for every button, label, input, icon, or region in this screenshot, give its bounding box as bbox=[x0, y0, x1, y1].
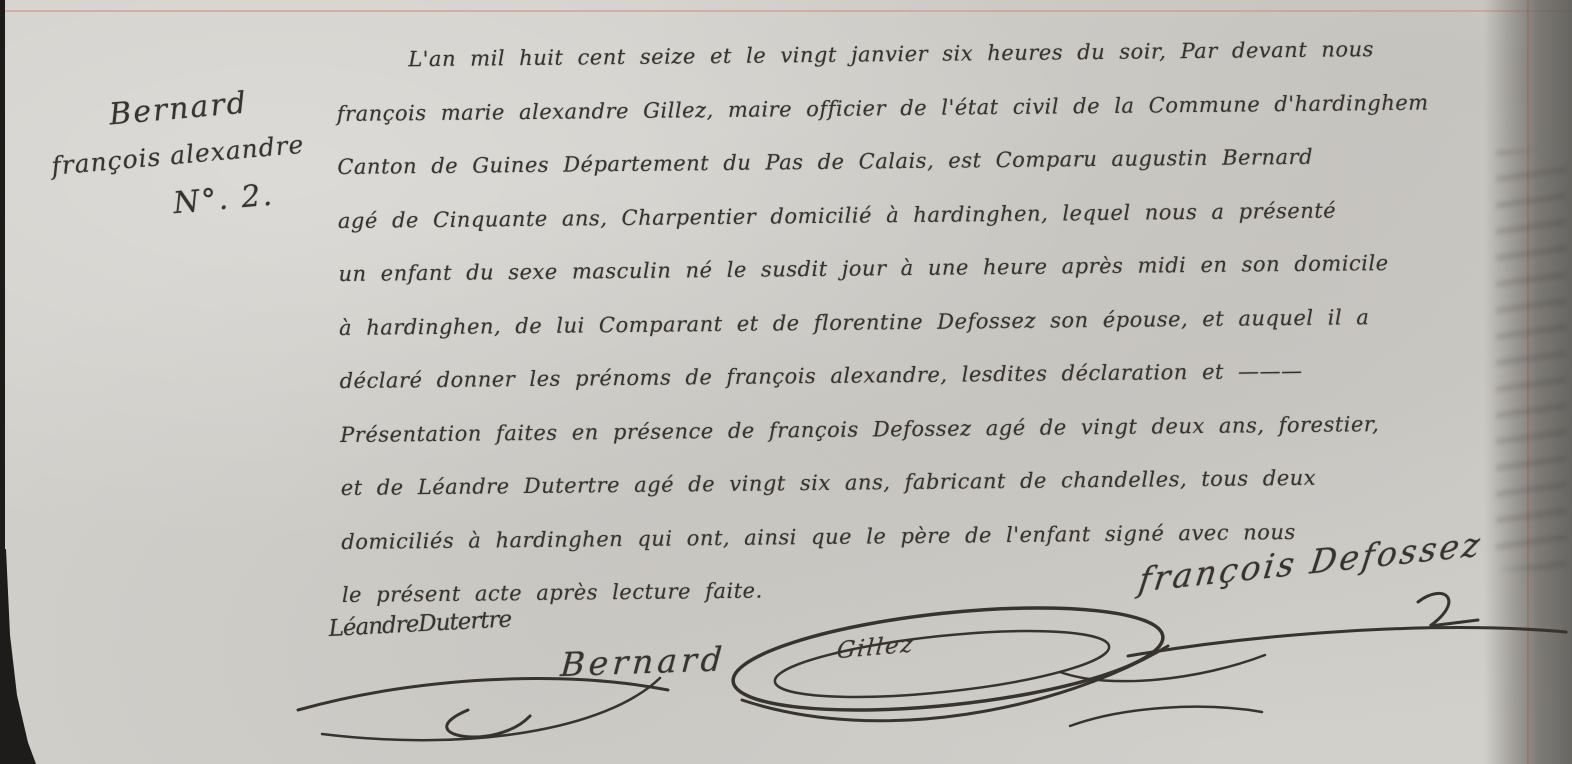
document-scan: Bernard françois alexandre N°. 2. L'an m… bbox=[0, 0, 1572, 764]
ruled-line-top bbox=[0, 10, 1572, 12]
margin-act-number: N°. 2. bbox=[172, 170, 356, 221]
margin-given-names: françois alexandre bbox=[50, 126, 351, 181]
act-body: L'an mil huit cent seize et le vingt jan… bbox=[336, 21, 1542, 622]
margin-surname: Bernard bbox=[108, 77, 348, 133]
margin-note: Bernard françois alexandre N°. 2. bbox=[46, 77, 356, 232]
signature-flourishes bbox=[0, 560, 1572, 764]
